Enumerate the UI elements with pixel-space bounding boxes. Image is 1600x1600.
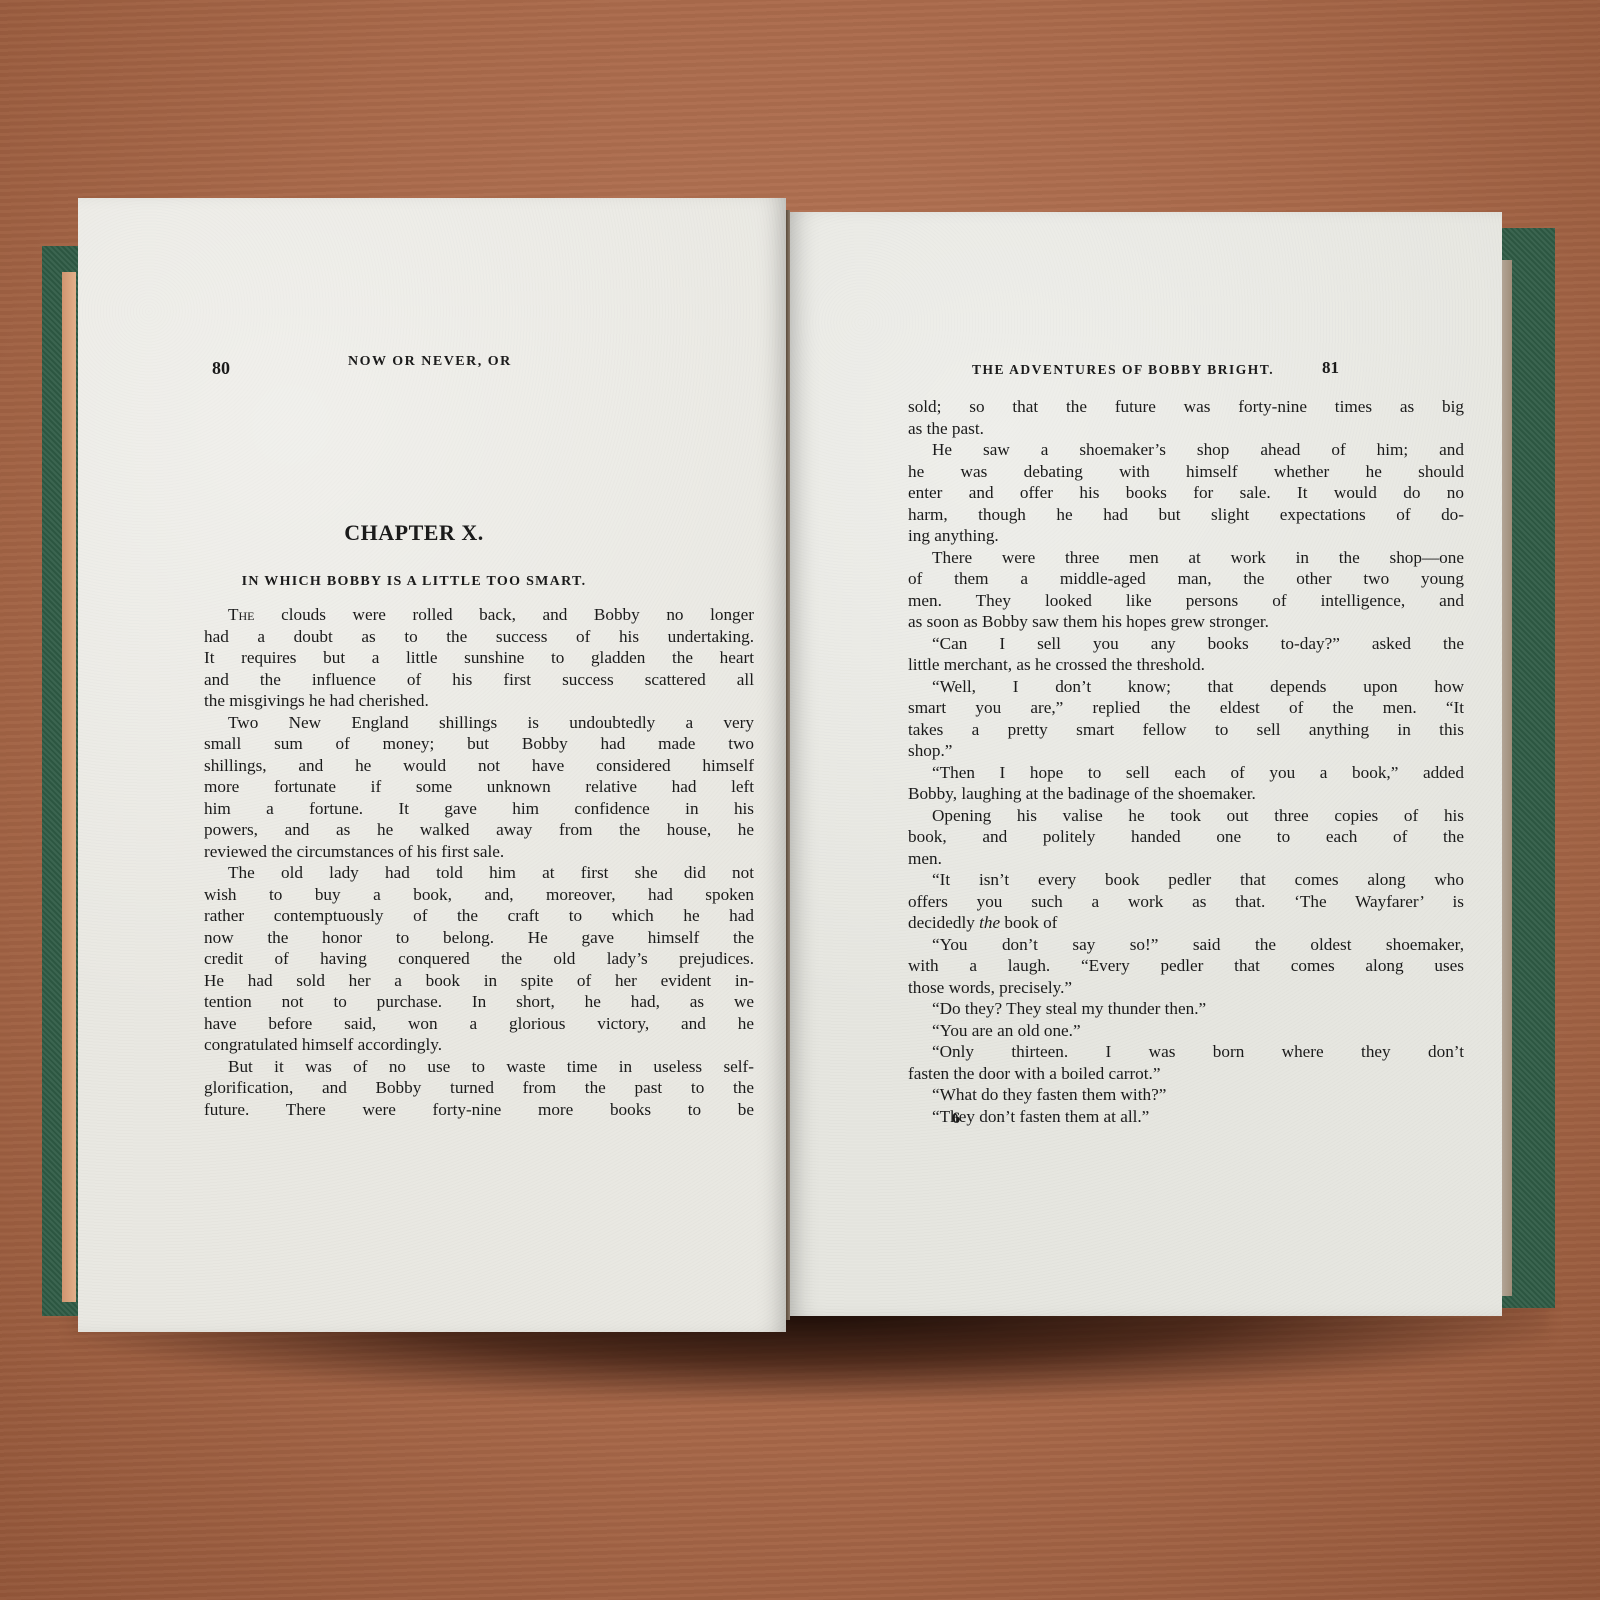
- running-head: THE ADVENTURES OF BOBBY BRIGHT.: [972, 362, 1274, 378]
- text-line: ing anything.: [908, 525, 1464, 547]
- left-page: 80 NOW OR NEVER, OR CHAPTER X. IN WHICH …: [78, 198, 786, 1332]
- text-line: rather contemptuously of the craft to wh…: [204, 905, 754, 927]
- text-line: “Only thirteen. I was born where they do…: [908, 1041, 1464, 1063]
- text-line: shillings, and he would not have conside…: [204, 755, 754, 777]
- text-line: fasten the door with a boiled carrot.”: [908, 1063, 1464, 1085]
- text-line: more fortunate if some unknown relative …: [204, 776, 754, 798]
- text-line: He saw a shoemaker’s shop ahead of him; …: [908, 439, 1464, 461]
- text-line: powers, and as he walked away from the h…: [204, 819, 754, 841]
- text-line: and the influence of his first success s…: [204, 669, 754, 691]
- text-line: It requires but a little sunshine to gla…: [204, 647, 754, 669]
- text-line: had a doubt as to the success of his und…: [204, 626, 754, 648]
- text-line: decidedly the book of: [908, 912, 1464, 934]
- text-line: The clouds were rolled back, and Bobby n…: [204, 604, 754, 626]
- text-line: little merchant, as he crossed the thres…: [908, 654, 1464, 676]
- page-number: 81: [1322, 358, 1339, 378]
- text-line: harm, though he had but slight expectati…: [908, 504, 1464, 526]
- text-line: men. They looked like persons of intelli…: [908, 590, 1464, 612]
- text-line: “It isn’t every book pedler that comes a…: [908, 869, 1464, 891]
- text-line: small sum of money; but Bobby had made t…: [204, 733, 754, 755]
- running-head: NOW OR NEVER, OR: [348, 354, 512, 370]
- text-line: credit of having conquered the old lady’…: [204, 948, 754, 970]
- chapter-subtitle: IN WHICH BOBBY IS A LITTLE TOO SMART.: [60, 574, 768, 590]
- text-line: now the honor to belong. He gave himself…: [204, 927, 754, 949]
- text-line: those words, precisely.”: [908, 977, 1464, 999]
- text-line: takes a pretty smart fellow to sell anyt…: [908, 719, 1464, 741]
- signature-mark: 6: [952, 1110, 960, 1128]
- text-line: “Then I hope to sell each of you a book,…: [908, 762, 1464, 784]
- text-line: he was debating with himself whether he …: [908, 461, 1464, 483]
- body-text: The clouds were rolled back, and Bobby n…: [204, 604, 754, 1120]
- text-line: book, and politely handed one to each of…: [908, 826, 1464, 848]
- text-line: future. There were forty-nine more books…: [204, 1099, 754, 1121]
- text-line: congratulated himself accordingly.: [204, 1034, 754, 1056]
- text-line: men.: [908, 848, 1464, 870]
- text-line: smart you are,” replied the eldest of th…: [908, 697, 1464, 719]
- text-line: enter and offer his books for sale. It w…: [908, 482, 1464, 504]
- text-line: the misgivings he had cherished.: [204, 690, 754, 712]
- text-line: wish to buy a book, and, moreover, had s…: [204, 884, 754, 906]
- text-line: “Well, I don’t know; that depends upon h…: [908, 676, 1464, 698]
- text-line: as soon as Bobby saw them his hopes grew…: [908, 611, 1464, 633]
- text-line: have before said, won a glorious victory…: [204, 1013, 754, 1035]
- body-text: sold; so that the future was forty-nine …: [908, 396, 1464, 1127]
- text-line: reviewed the circumstances of his first …: [204, 841, 754, 863]
- text-line: as the past.: [908, 418, 1464, 440]
- text-line: Bobby, laughing at the badinage of the s…: [908, 783, 1464, 805]
- text-line: He had sold her a book in spite of her e…: [204, 970, 754, 992]
- text-line: There were three men at work in the shop…: [908, 547, 1464, 569]
- text-line: “Can I sell you any books to-day?” asked…: [908, 633, 1464, 655]
- page-number: 80: [212, 358, 230, 379]
- text-line: with a laugh. “Every pedler that comes a…: [908, 955, 1464, 977]
- page-edge-left: [62, 272, 76, 1302]
- right-page: THE ADVENTURES OF BOBBY BRIGHT. 81 sold;…: [790, 212, 1502, 1316]
- text-line: Opening his valise he took out three cop…: [908, 805, 1464, 827]
- text-line: “They don’t fasten them at all.”: [908, 1106, 1464, 1128]
- chapter-title: CHAPTER X.: [60, 520, 768, 546]
- text-line: sold; so that the future was forty-nine …: [908, 396, 1464, 418]
- text-line: “Do they? They steal my thunder then.”: [908, 998, 1464, 1020]
- text-line: tention not to purchase. In short, he ha…: [204, 991, 754, 1013]
- text-line: “You don’t say so!” said the oldest shoe…: [908, 934, 1464, 956]
- text-line: But it was of no use to waste time in us…: [204, 1056, 754, 1078]
- text-line: of them a middle-aged man, the other two…: [908, 568, 1464, 590]
- text-line: The old lady had told him at first she d…: [204, 862, 754, 884]
- text-line: Two New England shillings is undoubtedly…: [204, 712, 754, 734]
- text-line: glorification, and Bobby turned from the…: [204, 1077, 754, 1099]
- text-line: “You are an old one.”: [908, 1020, 1464, 1042]
- text-line: offers you such a work as that. ‘The Way…: [908, 891, 1464, 913]
- text-line: shop.”: [908, 740, 1464, 762]
- text-line: him a fortune. It gave him confidence in…: [204, 798, 754, 820]
- text-line: “What do they fasten them with?”: [908, 1084, 1464, 1106]
